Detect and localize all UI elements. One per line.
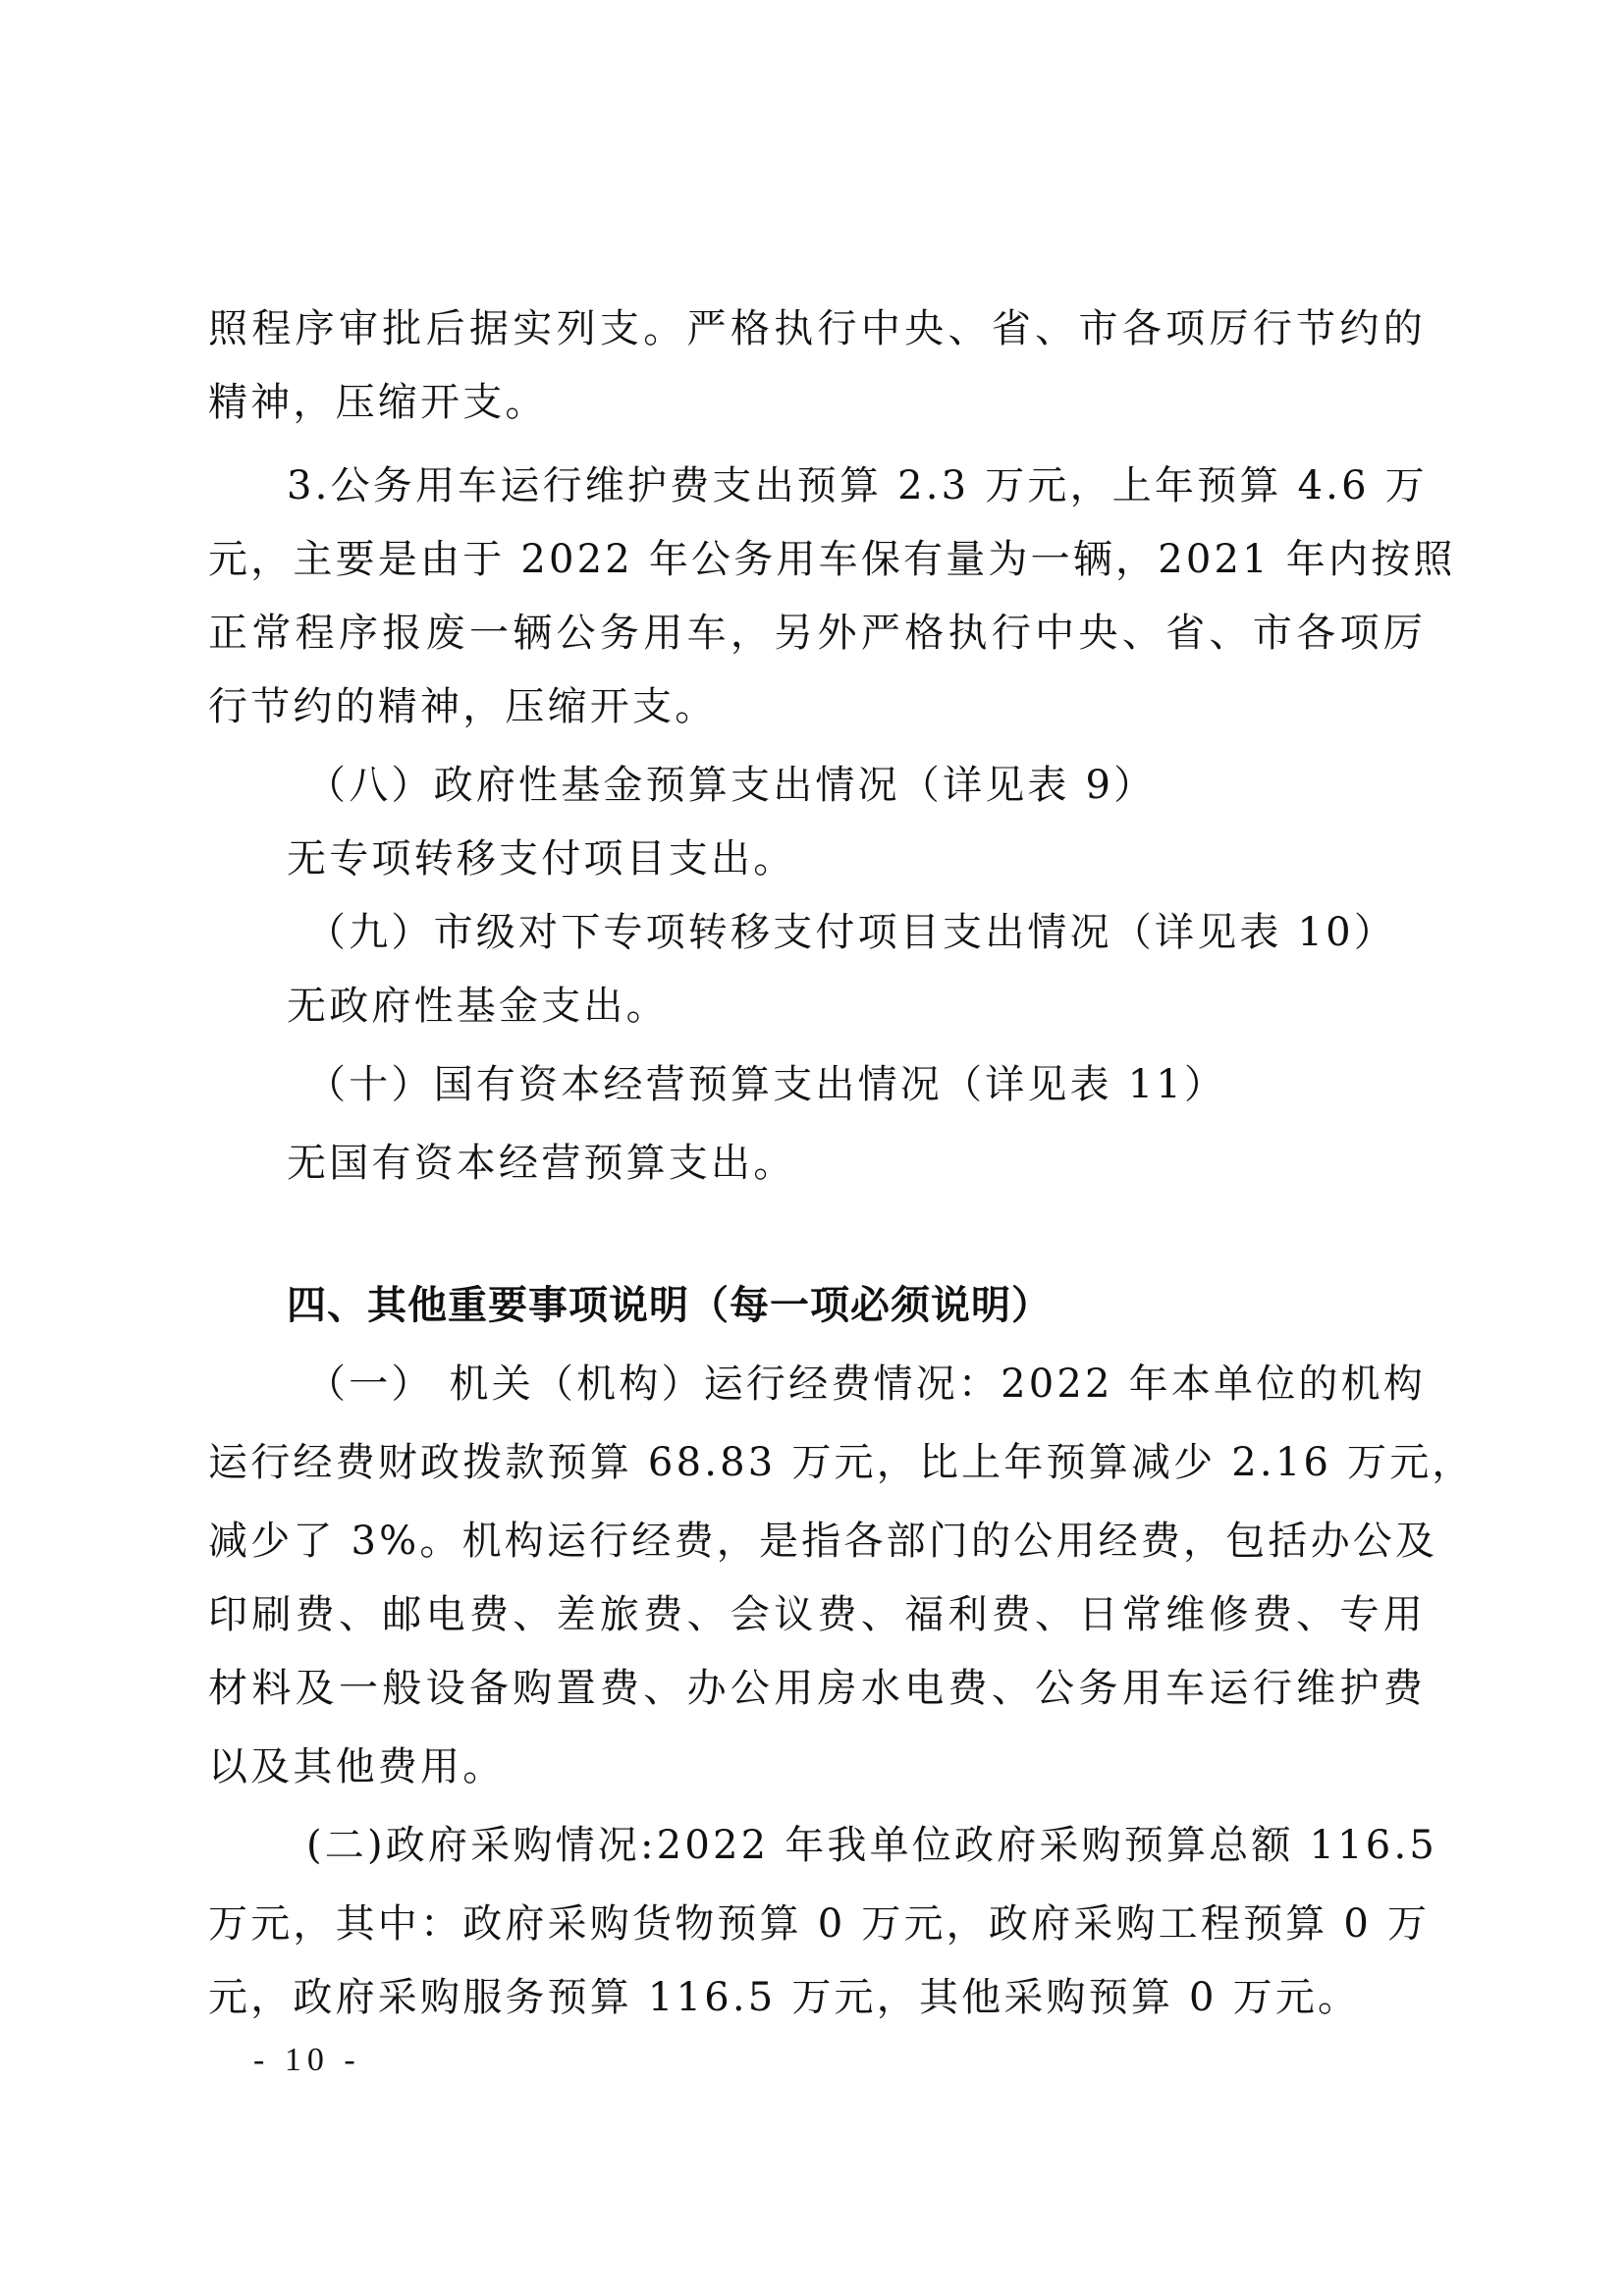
page-number: - 10 - <box>253 2039 361 2082</box>
section-body-10: 无国有资本经营预算支出。 <box>287 1139 1426 1188</box>
paragraph-line: 运行经费财政拨款预算 68.83 万元，比上年预算减少 2.16 万元， <box>208 1438 1426 1487</box>
section-heading-4: 四、其他重要事项说明（每一项必须说明） <box>287 1281 1426 1330</box>
paragraph-line: 照程序审批后据实列支。严格执行中央、省、市各项厉行节约的 <box>208 304 1426 353</box>
paragraph-line: 材料及一般设备购置费、办公用房水电费、公务用车运行维护费 <box>208 1664 1426 1713</box>
section-body-8: 无专项转移支付项目支出。 <box>287 834 1426 883</box>
section-heading-8: （八）政府性基金预算支出情况（详见表 9） <box>306 761 1426 810</box>
paragraph-line: 万元，其中：政府采购货物预算 0 万元，政府采购工程预算 0 万 <box>208 1899 1426 1949</box>
paragraph-line: 元，主要是由于 2022 年公务用车保有量为一辆，2021 年内按照 <box>208 535 1426 584</box>
paragraph-line: 3.公务用车运行维护费支出预算 2.3 万元，上年预算 4.6 万 <box>287 461 1426 510</box>
paragraph-line: 元，政府采购服务预算 116.5 万元，其他采购预算 0 万元。 <box>208 1973 1426 2022</box>
paragraph-line: 以及其他费用。 <box>208 1742 1426 1791</box>
paragraph-line: 减少了 3%。机构运行经费，是指各部门的公用经费，包括办公及 <box>208 1517 1426 1566</box>
paragraph-line: 正常程序报废一辆公务用车，另外严格执行中央、省、市各项厉 <box>208 609 1426 658</box>
section-heading-10: （十）国有资本经营预算支出情况（详见表 11） <box>306 1060 1426 1109</box>
document-page: 照程序审批后据实列支。严格执行中央、省、市各项厉行节约的 精神，压缩开支。 3.… <box>0 0 1624 2296</box>
paragraph-line: 行节约的精神，压缩开支。 <box>208 682 1426 731</box>
paragraph-line: (二)政府采购情况:2022 年我单位政府采购预算总额 116.5 <box>306 1821 1426 1870</box>
paragraph-line: 精神，压缩开支。 <box>208 378 1426 427</box>
section-body-9: 无政府性基金支出。 <box>287 982 1426 1031</box>
paragraph-line: （一） 机关（机构）运行经费情况：2022 年本单位的机构 <box>306 1360 1426 1409</box>
paragraph-line: 印刷费、邮电费、差旅费、会议费、福利费、日常维修费、专用 <box>208 1590 1426 1639</box>
section-heading-9: （九）市级对下专项转移支付项目支出情况（详见表 10） <box>306 908 1426 957</box>
